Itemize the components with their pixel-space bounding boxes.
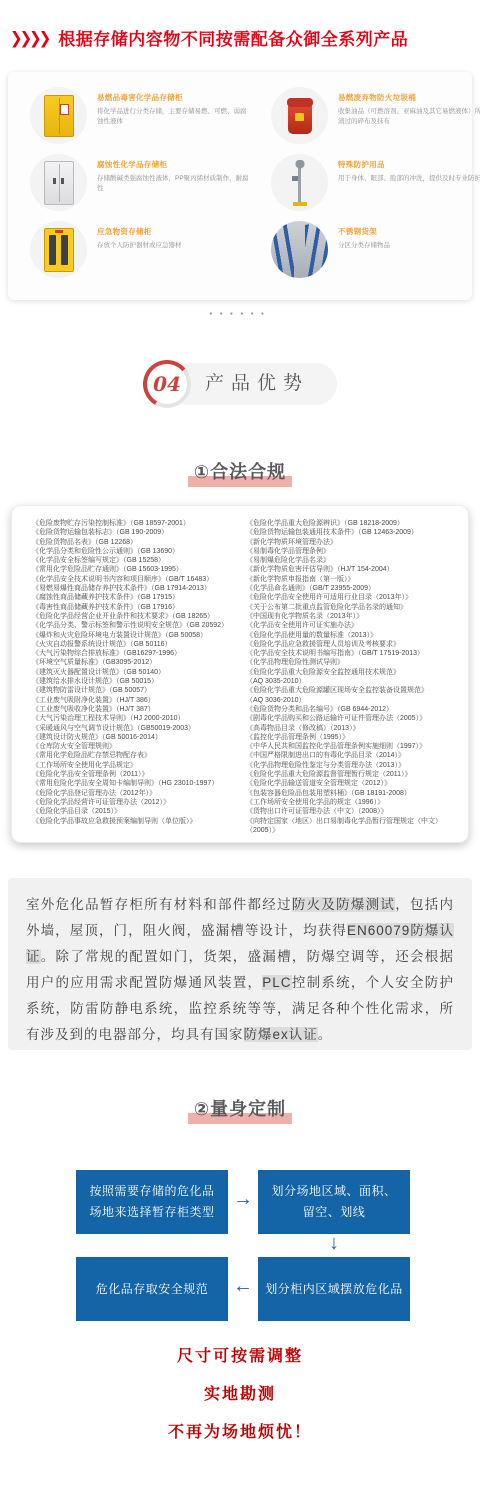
product-title: 特殊防护用品 [338, 159, 480, 170]
emergency-cabinet-image [30, 221, 87, 278]
description-card: 室外危化品暂存柜所有材料和部件都经过防火及防爆测试，包括内外墙，屋顶，门，阻火阀… [8, 878, 472, 1050]
body-text: 。 [318, 1027, 333, 1042]
regulation-item: 《大气污染物综合排放标准》（GB16297-1996） [32, 649, 246, 658]
highlighted-text: 防火及防爆测试 [292, 897, 395, 912]
product-item: 易燃品毒害化学品存储柜将化学品进行分类存储，主要存储易燃、可燃、弱腐蚀性液体 [8, 87, 249, 154]
flow-step-2: 划分场地区域、面积、留空、划线 [258, 1170, 410, 1234]
product-desc: 将化学品进行分类存储，主要存储易燃、可燃、弱腐蚀性液体 [97, 107, 249, 126]
section-badge: 04 产品优势 [0, 360, 480, 408]
regulation-item: 《建筑设计防火规范》（GB 50016-2014） [32, 733, 246, 742]
product-title: 易燃品毒害化学品存储柜 [97, 92, 249, 103]
regulation-item: 《危险货物品名表》（GB 12268） [32, 538, 246, 547]
regulation-item: 《工作场所安全使用化学品规定》 [32, 761, 246, 770]
regulation-item: 《危险化学品输送管道安全管理规定（2012）》 [246, 779, 460, 788]
arrow-left-icon: ← [228, 1275, 258, 1298]
regulations-column-left: 《危险废物贮存污染控制标准》（GB 18597-2001）《危险货物运输包装标志… [32, 519, 246, 842]
steel-rack-image [271, 221, 328, 278]
product-item: 不锈钢货架分区分类存储物品 [249, 221, 480, 288]
highlighted-text: PLC [262, 975, 291, 990]
product-item: 腐蚀性化学品存储柜存储酸碱类强腐蚀性液体，PP聚丙烯材质制作，耐腐性 [8, 154, 249, 221]
regulation-item: 《中国现有化学物质名录（2013年）》 [246, 612, 460, 621]
page-header: ❯❯❯❯ 根据存储内容物不同按需配备众御全系列产品 [10, 25, 408, 50]
regulation-item: 《危险化学品安全管理条例（2011）》 [32, 770, 246, 779]
flow-step-1: 按照需要存储的危化品场地来选择暂存柜类型 [76, 1170, 228, 1234]
regulation-item: 《危险化学品重大危险源罐区现场安全监控装备设置规范》 [246, 686, 460, 695]
flow-step-3: 危化品存取安全规范 [76, 1257, 228, 1321]
product-item: 易燃废弃物防火垃圾桶收集油品（可燃溶剂、亚麻油及其它易燃液体）所浸渍过的碎布及抹… [249, 87, 480, 154]
red-bin-icon [288, 104, 312, 134]
product-title: 腐蚀性化学品存储柜 [97, 159, 249, 170]
regulation-item: 《危险货物分类和品名编号》（GB 6944-2012） [246, 705, 460, 714]
regulations-card: 《危险废物贮存污染控制标准》（GB 18597-2001）《危险货物运输包装标志… [11, 505, 469, 843]
regulation-item: 《化学品物理危险性鉴定与分类管理办法（2013）》 [246, 761, 460, 770]
regulation-item: 《化学品分类和危险性公示通则》（GB 13690） [32, 547, 246, 556]
regulation-item: 《关于公布第二批重点监管危险化学品名录的通知》 [246, 603, 460, 612]
ellipsis-dots: ······ [0, 306, 480, 321]
slogan-line: 尺寸可按需调整 [177, 1343, 303, 1366]
product-detail-page: ❯❯❯❯ 根据存储内容物不同按需配备众御全系列产品 易燃品毒害化学品存储柜将化学… [0, 0, 480, 1487]
regulation-item: 《环境空气质量标准》（GB3095-2012） [32, 658, 246, 667]
regulation-item: 《危险化学品使用量的数量标准（2013）》 [246, 631, 460, 640]
product-desc: 存储酸碱类强腐蚀性液体，PP聚丙烯材质制作，耐腐性 [97, 174, 249, 193]
subsection-custom-banner: ②量身定制 [0, 1095, 480, 1121]
yellow-cabinet-image [30, 87, 87, 144]
regulation-item: 《工作场所安全使用化学品的规定（1996）》 [246, 798, 460, 807]
arrow-down-icon: ↓ [319, 1232, 349, 1255]
highlighted-text: 防爆ex认证 [244, 1027, 318, 1042]
regulation-item: 《建筑给水排水设计规范》（GB 50015） [32, 677, 246, 686]
subsection-legal-title: ①合法合规 [194, 462, 286, 482]
product-desc: 分区分类存储物品 [338, 241, 480, 251]
products-grid: 易燃品毒害化学品存储柜将化学品进行分类存储，主要存储易燃、可燃、弱腐蚀性液体易燃… [8, 72, 472, 288]
slogan-line: 实地勘测 [204, 1381, 276, 1404]
regulation-item: 《剧毒化学品购买和公路运输许可证件管理办法（2005）》 [246, 714, 460, 723]
regulation-item: 《大气污染治理工程技术导则》（HJ 2000-2010） [32, 714, 246, 723]
regulation-item: 《采暖通风与空气调节设计规范》（GB50019-2003） [32, 724, 246, 733]
product-title: 易燃废弃物防火垃圾桶 [338, 92, 480, 103]
product-title: 应急物资存储柜 [97, 226, 249, 237]
regulation-item: 《工业废气吸附净化装置》（HJ/T 386） [32, 696, 246, 705]
regulation-item: 《危险货物运输包装标志》（GB 190-2009） [32, 528, 246, 537]
regulation-item: 《中国严格限制进出口的有毒化学品目录（2014）》 [246, 751, 460, 760]
regulation-item: 《危险废物贮存污染控制标准》（GB 18597-2001） [32, 519, 246, 528]
flow-step-4: 划分柜内区域摆放危化品 [258, 1257, 410, 1321]
regulation-item: 《危险货物运输包装通用技术条件》（GB 12463-2009） [246, 528, 460, 537]
product-item: 应急物资存储柜存放个人防护器材或应急器材 [8, 221, 249, 288]
regulation-item: 《常用危险化学品安全周知卡编制导则》（HG 23010-1997） [32, 779, 246, 788]
regulation-item: 《向特定国家（地区）出口易制毒化学品暂行管理规定（中文）（2005）》 [246, 817, 460, 836]
slogan-line: 不再为场地烦忧！ [168, 1419, 312, 1442]
products-card: 易燃品毒害化学品存储柜将化学品进行分类存储，主要存储易燃、可燃、弱腐蚀性液体易燃… [8, 72, 472, 300]
regulation-item: 《化学品安全使用许可证实施办法》 [246, 621, 460, 630]
regulation-item: 《易制爆危险化学品名录》 [246, 556, 460, 565]
regulation-item: 《化学品安全标签编写规定》（GB 15258） [32, 556, 246, 565]
eyewash-station-image [271, 154, 328, 211]
section-number: 04 [153, 372, 181, 396]
regulation-item: 《常用化学危险品贮存禁忌物配存表》 [32, 751, 246, 760]
regulation-item: 《建筑物防雷设计规范》（GB 50057） [32, 686, 246, 695]
regulation-item: 《危险化学品重大危险源安全监控通用技术规范》 [246, 668, 460, 677]
subsection-custom-title: ②量身定制 [194, 1099, 286, 1119]
section-number-circle: 04 [143, 360, 191, 408]
pp-cabinet-image [30, 154, 87, 211]
chevrons-icon: ❯❯❯❯ [10, 28, 48, 48]
regulation-item: 《高毒物品目录（修改稿）（2013）》 [246, 724, 460, 733]
regulation-item: 《包装容器危险品包装用塑料桶》（GB 18191-2008） [246, 789, 460, 798]
product-desc: 收集油品（可燃溶剂、亚麻油及其它易燃液体）所浸渍过的碎布及抹布 [338, 107, 480, 126]
regulation-item: 《火灾自动报警系统设计规范》（GB 50116） [32, 640, 246, 649]
regulation-item: 《危险化学品重大危险源监督管理暂行规定（2011）》 [246, 770, 460, 779]
regulation-item: 《中华人民共和国监控化学品管理条例实施细则（1997）》 [246, 742, 460, 751]
regulation-item: 《易燃易爆性商品储存养护技术条件》（GB 17914-2013） [32, 584, 246, 593]
description-paragraph: 室外危化品暂存柜所有材料和部件都经过防火及防爆测试，包括内外墙，屋顶，门，阻火阀… [26, 892, 454, 1048]
eyewash-station-icon [283, 160, 317, 206]
section-title: 产品优势 [205, 373, 309, 394]
regulation-item: 《危险化学品重大危险源辨识》（GB 18218-2009） [246, 519, 460, 528]
regulation-item: 《危险化学品经营许可证管理办法（2012）》 [32, 798, 246, 807]
regulation-item: 《新化学物质申报指南（第一版）》 [246, 575, 460, 584]
regulation-item: 《新化学物质危害评估导则》（HJ/T 154-2004） [246, 565, 460, 574]
regulation-item: 《货物出口许可证管理办法（中文）（2008）》 [246, 807, 460, 816]
red-bin-image [271, 87, 328, 144]
regulation-item: 《危险化学品登记管理办法（2012年）》 [32, 789, 246, 798]
footer-slogans: 尺寸可按需调整实地勘测不再为场地烦忧！ [0, 1343, 480, 1442]
regulation-item: 《监控化学品管理条例（1995）》 [246, 733, 460, 742]
regulation-item: 《危险化学品事故应急救援预案编制导则（单位版）》 [32, 817, 246, 826]
yellow-cabinet-icon [44, 95, 74, 137]
regulation-item: 《新化学物质环境管理办法》 [246, 538, 460, 547]
regulation-item: 《易制毒化学品管理条例》 [246, 547, 460, 556]
regulation-item: （AQ 3035-2010） [246, 677, 460, 686]
emergency-cabinet-icon [44, 228, 74, 272]
product-desc: 用于身体、眼部、脸部的冲洗，提供及时专业防护 [338, 174, 480, 184]
regulation-item: 《爆炸和火灾危险环境电力装置设计规范》（GB 50058） [32, 631, 246, 640]
regulation-item: 《常用化学危险品贮存通则》（GB 15603-1995） [32, 565, 246, 574]
regulation-item: 《建筑灭火器配置设计规范》（GB 50140） [32, 668, 246, 677]
page-title: 根据存储内容物不同按需配备众御全系列产品 [58, 25, 408, 50]
regulations-column-right: 《危险化学品重大危险源辨识》（GB 18218-2009）《危险货物运输包装通用… [246, 519, 460, 842]
pp-cabinet-icon [44, 161, 74, 205]
regulation-item: 《化学品安全技术说明书内容和项目顺序》（GB/T 16483） [32, 575, 246, 584]
product-title: 不锈钢货架 [338, 226, 480, 237]
product-item: 特殊防护用品用于身体、眼部、脸部的冲洗，提供及时专业防护 [249, 154, 480, 221]
regulation-item: 《危险化学品应急救援管理人员培训及考核要求》 [246, 640, 460, 649]
regulation-item: 《化学品分类、警示标签和警示性说明安全规范》（GB 20592） [32, 621, 246, 630]
product-desc: 存放个人防护器材或应急器材 [97, 241, 249, 251]
regulation-item: 《毒害性商品储藏养护技术条件》（GB 17916） [32, 603, 246, 612]
regulation-item: （AQ 3036-2010） [246, 696, 460, 705]
regulation-item: 《腐蚀性商品储藏养护技术条件》（GB 17915） [32, 593, 246, 602]
regulation-item: 《化学品命名通则》（GB/T 23955-2009） [246, 584, 460, 593]
regulation-item: 《仓库防火安全管理规则》 [32, 742, 246, 751]
regulation-item: 《危险化学品目录（2015）》 [32, 807, 246, 816]
regulation-item: 《化学品物理危险性测试导则》 [246, 658, 460, 667]
regulation-item: 《危险化学品经营企业开业条件和技术要求》（GB 18265） [32, 612, 246, 621]
steel-rack-icon [271, 221, 328, 278]
subsection-legal-banner: ①合法合规 [0, 458, 480, 484]
regulation-item: 《危险化学品安全使用许可适用行业目录（2013年）》 [246, 593, 460, 602]
regulation-item: 《化学品安全技术说明书编写指南》（GB/T 17519-2013） [246, 649, 460, 658]
arrow-right-icon: → [228, 1188, 258, 1211]
body-text: 室外危化品暂存柜所有材料和部件都经过 [26, 897, 292, 912]
regulation-item: 《工业废气吸收净化装置》（HJ/T 387） [32, 705, 246, 714]
